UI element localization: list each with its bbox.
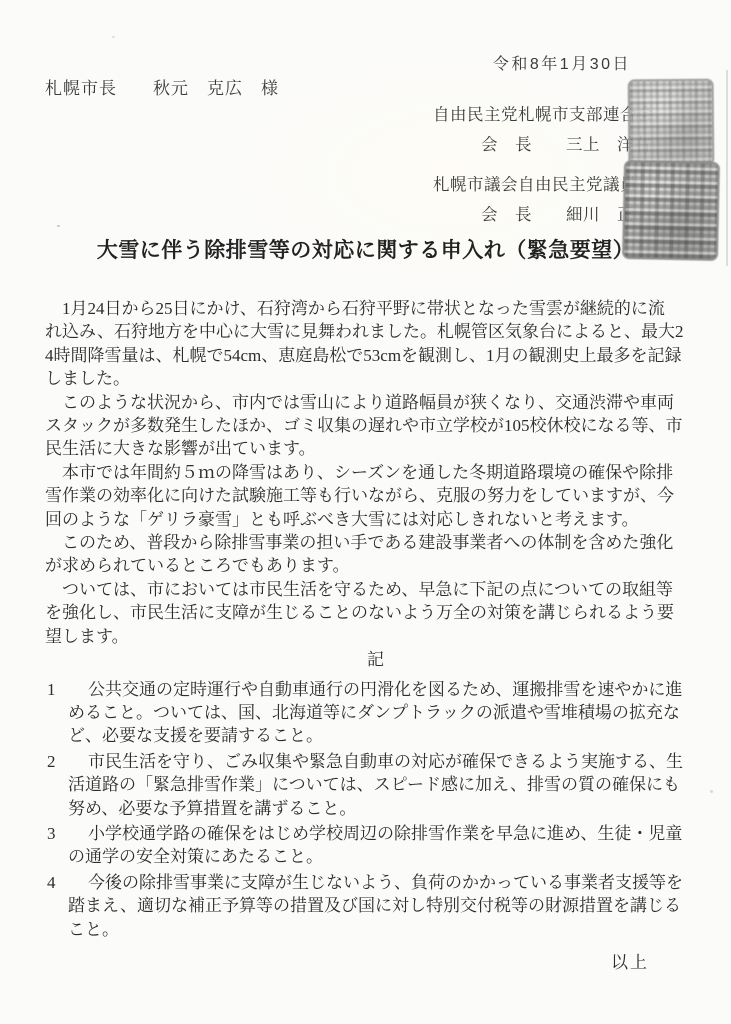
item-number: 2 (47, 750, 56, 773)
request-item-2: 2 市民生活を守り、ごみ収集や緊急自動車の対応が確保できるよう実施する、生 活道… (45, 750, 707, 820)
square-seal-stamp-upper (628, 79, 715, 167)
scanned-document-page: 令和8年1月30日 札幌市長 秋元 克広 様 自由民主党札幌市支部連合会 会 長… (0, 0, 731, 1024)
scan-speck (710, 790, 713, 793)
item-number: 1 (47, 678, 56, 701)
record-marker: 記 (45, 648, 707, 671)
sender-representative-name: 会 長 三上 洋右 (433, 131, 654, 155)
document-date: 令和8年1月30日 (493, 51, 631, 74)
addressee-line: 札幌市長 秋元 克広 様 (45, 74, 279, 99)
document-body: 1月24日から25日にかけ、石狩湾から石狩平野に帯状となった雪雲が継続的に流 れ… (45, 297, 707, 974)
item-number: 3 (47, 822, 56, 845)
request-item-1: 1 公共交通の定時運行や自動車通行の円滑化を図るため、運搬排雪を速やかに進 める… (45, 678, 707, 748)
request-item-4: 4 今後の除排雪事業に支障が生じないよう、負荷のかかっている事業者支援等を 踏ま… (45, 871, 707, 941)
request-item-list: 1 公共交通の定時運行や自動車通行の円滑化を図るため、運搬排雪を速やかに進 める… (45, 678, 707, 941)
item-number: 4 (47, 871, 56, 894)
sender-organization-name: 自由民主党札幌市支部連合会 (433, 101, 654, 125)
sender-block-council-group: 札幌市議会自由民主党議員 会 長 細川 正 (433, 171, 637, 225)
item-text: 市民生活を守り、ごみ収集や緊急自動車の対応が確保できるよう実施する、生 活道路の… (68, 750, 707, 820)
document-title: 大雪に伴う除排雪等の対応に関する申入れ（緊急要望） (0, 234, 731, 264)
scan-speck (112, 36, 115, 38)
scan-speck (57, 225, 60, 227)
sender-organization-name: 札幌市議会自由民主党議員 (433, 171, 637, 195)
sender-block-party-federation: 自由民主党札幌市支部連合会 会 長 三上 洋右 (433, 101, 654, 155)
item-text: 公共交通の定時運行や自動車通行の円滑化を図るため、運搬排雪を速やかに進 めること… (68, 678, 707, 748)
request-item-3: 3 小学校通学路の確保をはじめ学校周辺の除排雪作業を早急に進め、生徒・児童 の通… (45, 822, 707, 869)
body-paragraphs: 1月24日から25日にかけ、石狩湾から石狩平野に帯状となった雪雲が継続的に流 れ… (45, 297, 707, 648)
closing-marker: 以上 (45, 951, 707, 974)
item-text: 小学校通学路の確保をはじめ学校周辺の除排雪作業を早急に進め、生徒・児童 の通学の… (68, 822, 707, 869)
item-text: 今後の除排雪事業に支障が生じないよう、負荷のかかっている事業者支援等を 踏まえ、… (68, 871, 707, 941)
sender-representative-name: 会 長 細川 正 (433, 201, 637, 225)
